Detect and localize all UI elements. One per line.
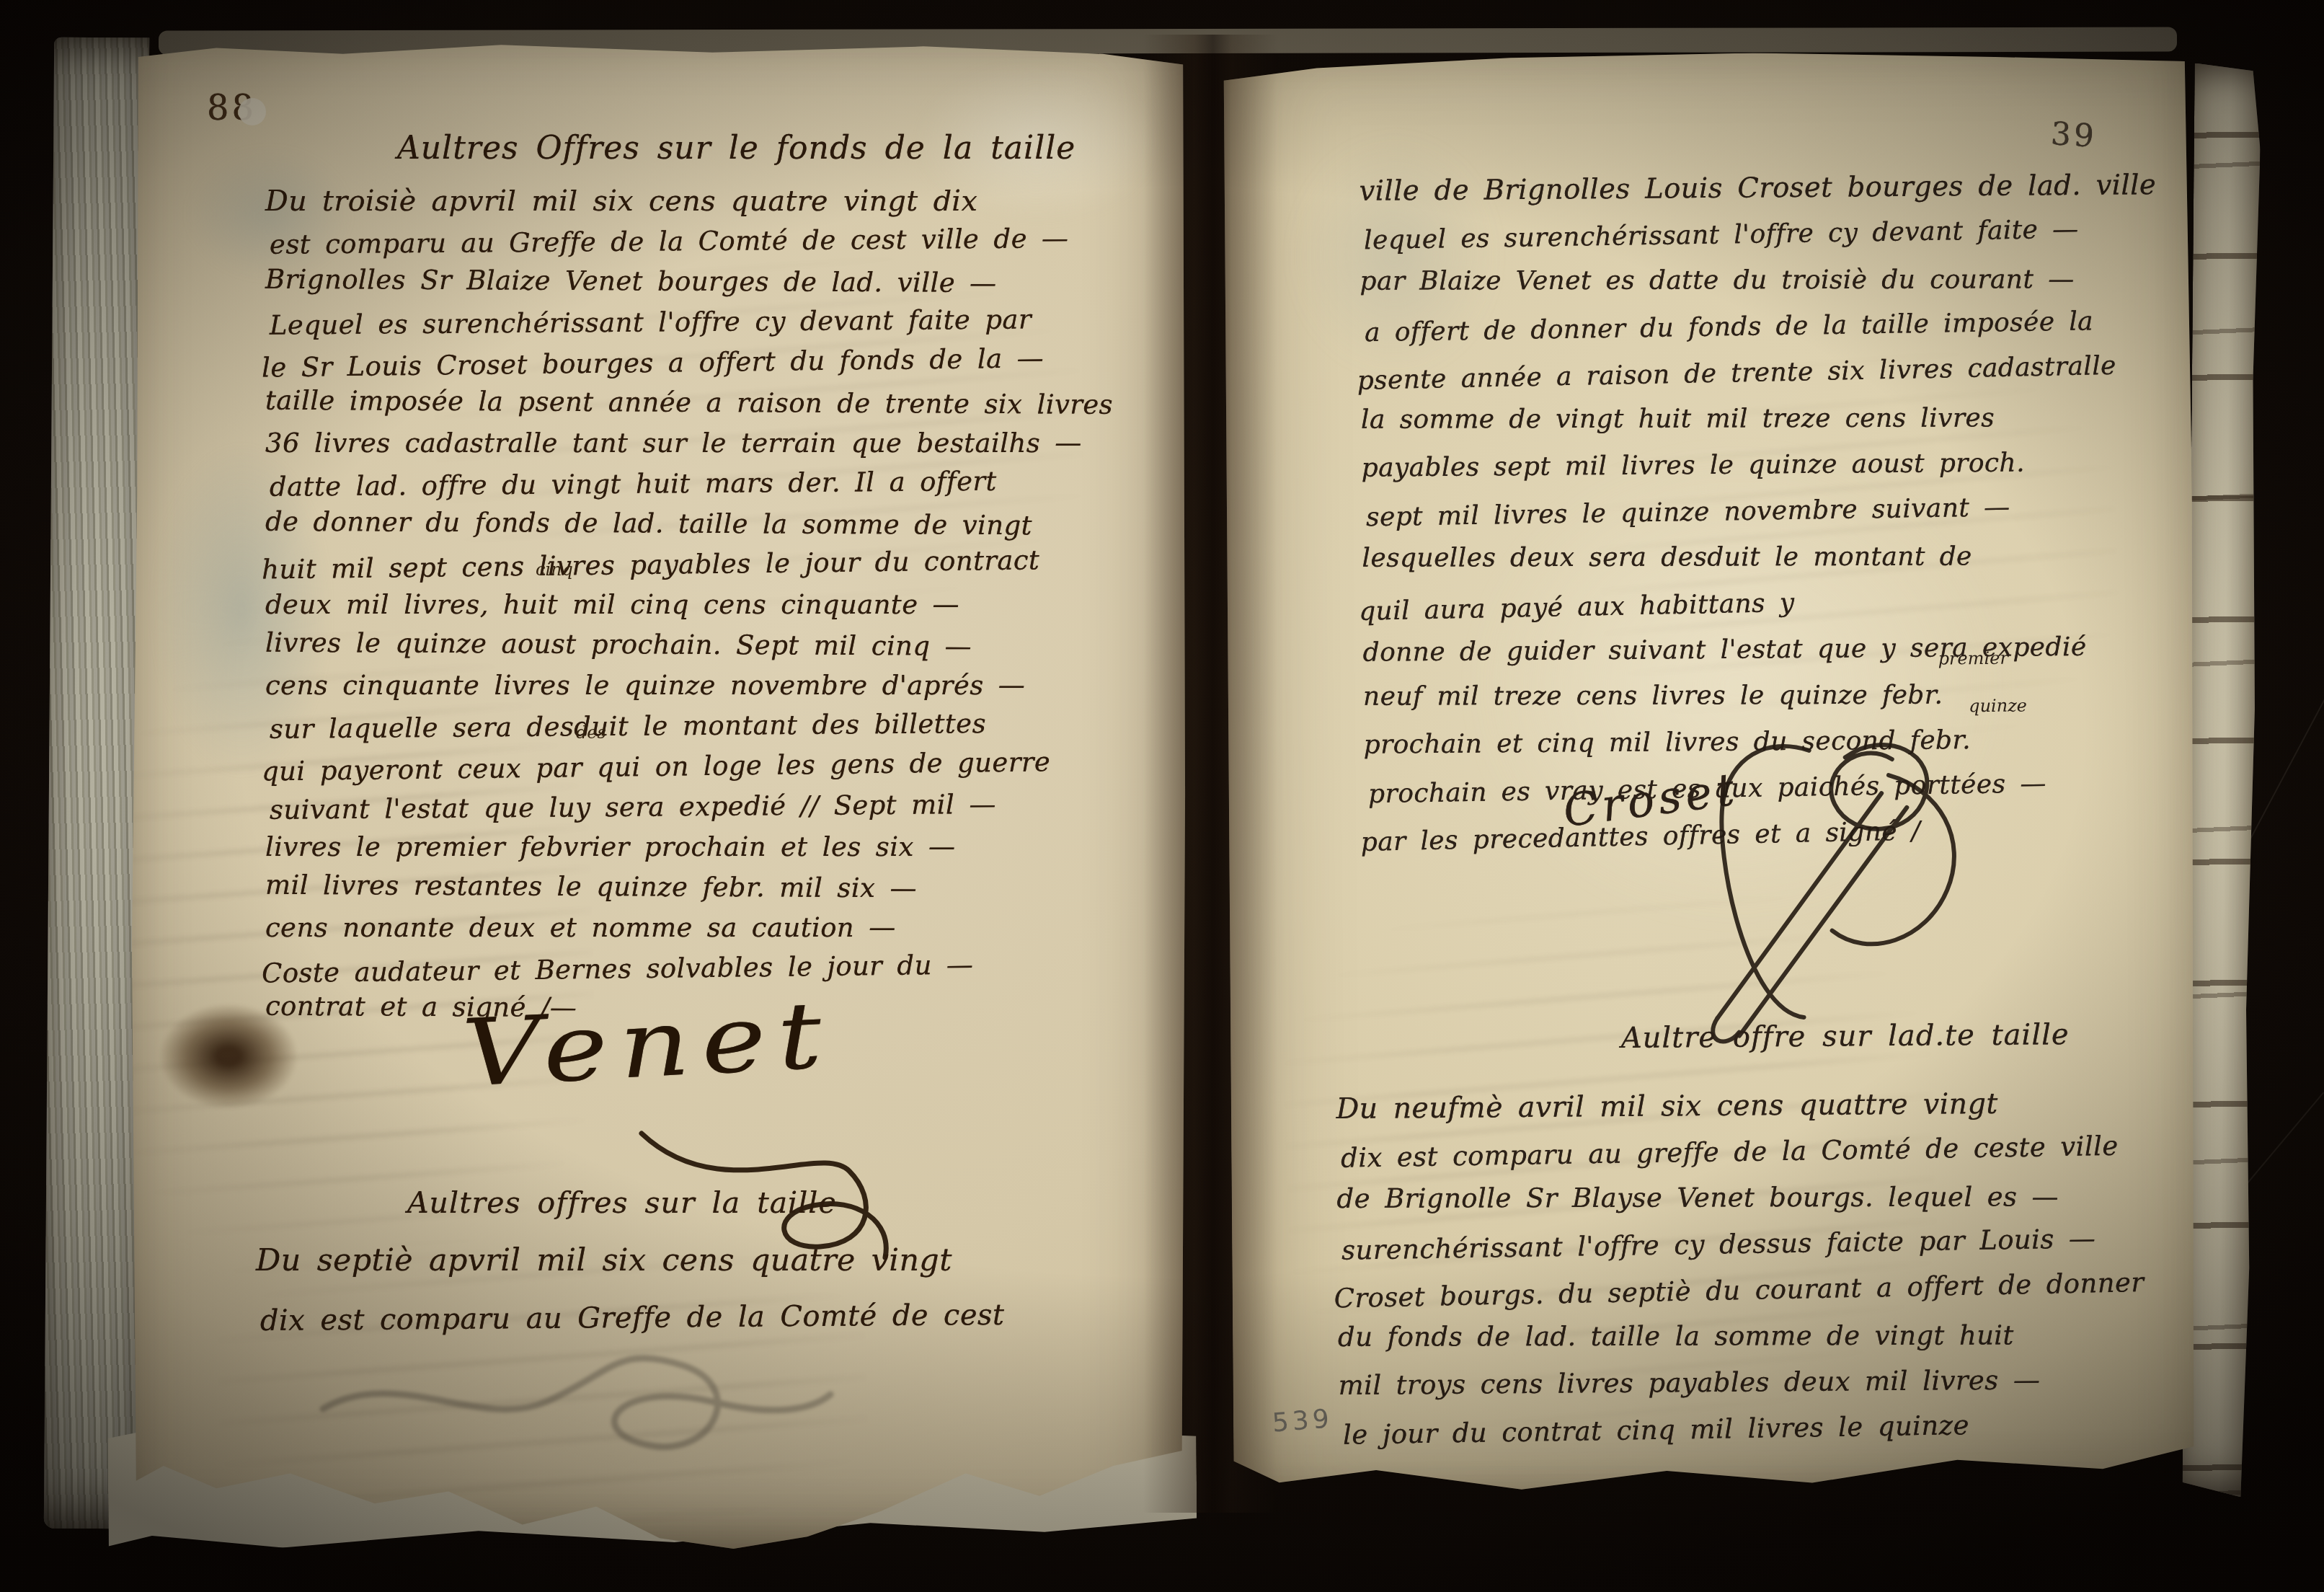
right-page: 39 ville de Brignolles Louis Croset bour… xyxy=(1220,47,2200,1512)
manuscript-line: livres le premier febvrier prochain et l… xyxy=(265,827,1152,867)
manuscript-photo: 88 Aultres Offres sur le fonds de la tai… xyxy=(0,0,2324,1592)
paper-blot xyxy=(239,98,266,125)
entry-heading: Aultres Offres sur le fonds de la taille xyxy=(397,130,1075,167)
left-page-edges xyxy=(44,37,149,1529)
manuscript-line: 36 livres cadastralle tant sur le terrai… xyxy=(265,423,1152,464)
interline-insertion: des xyxy=(576,722,606,743)
entry-heading: Aultre offre sur lad.te taille xyxy=(1621,1018,2070,1055)
manuscript-line: deux mil livres, huit mil cinq cens cinq… xyxy=(265,585,1152,625)
folio-number: 88 xyxy=(207,88,257,128)
manuscript-line: mil livres restantes le quinze febr. mil… xyxy=(265,865,1152,910)
manuscript-line: Brignolles Sr Blaize Venet bourges de la… xyxy=(265,260,1152,304)
manuscript-line: livres le quinze aoust prochain. Sept mi… xyxy=(265,623,1152,668)
interline-insertion: cinq xyxy=(536,560,573,580)
signature-venet: Venet xyxy=(460,981,836,1108)
left-page: 88 Aultres Offres sur le fonds de la tai… xyxy=(132,40,1187,1549)
manuscript-line: est comparu au Greffe de la Comté de ces… xyxy=(270,218,1156,265)
entry-body: Du troisiè apvril mil six cens quatre vi… xyxy=(265,181,1152,1029)
next-page-edge xyxy=(2182,63,2261,1498)
manuscript-line: sept mil livres le quinze novembre suiva… xyxy=(1366,482,2196,541)
manuscript-line: taille imposée la psent année a raison d… xyxy=(265,381,1152,425)
manuscript-line: lequel es surenchérissant l'offre cy dev… xyxy=(1364,205,2194,264)
manuscript-line: la somme de vingt huit mil treze cens li… xyxy=(1361,395,2190,443)
folio-number: 39 xyxy=(2049,115,2098,155)
manuscript-line: huit mil sept cens livres payables le jo… xyxy=(262,539,1149,591)
manuscript-line: datte lad. offre du vingt huit mars der.… xyxy=(270,460,1156,508)
manuscript-line: par Blaize Venet es datte du troisiè du … xyxy=(1360,257,2188,305)
manuscript-line: suivant l'estat que luy sera expedié // … xyxy=(270,783,1156,831)
interline-insertion: premier xyxy=(1938,648,2008,669)
book-gutter xyxy=(1143,35,1277,1513)
ghost-signature xyxy=(309,1322,842,1488)
pencil-folio-number: 539 xyxy=(1272,1404,1334,1438)
manuscript-line: de Brignolle Sr Blayse Venet bourgs. leq… xyxy=(1336,1174,2201,1222)
manuscript-line: cens nonante deux et nomme sa caution — xyxy=(265,908,1152,948)
manuscript-line: Du septiè apvril mil six cens quatre vin… xyxy=(256,1231,1000,1289)
entry-body: Du neufmè avril mil six cens quattre vin… xyxy=(1336,1079,2204,1455)
manuscript-line: Du troisiè apvril mil six cens quatre vi… xyxy=(265,181,1152,221)
entry-heading: Aultres offres sur la taille xyxy=(407,1185,837,1220)
manuscript-line: du fonds de lad. taille la somme de ving… xyxy=(1338,1312,2203,1361)
manuscript-line: cens cinquante livres le quinze novembre… xyxy=(265,665,1152,706)
